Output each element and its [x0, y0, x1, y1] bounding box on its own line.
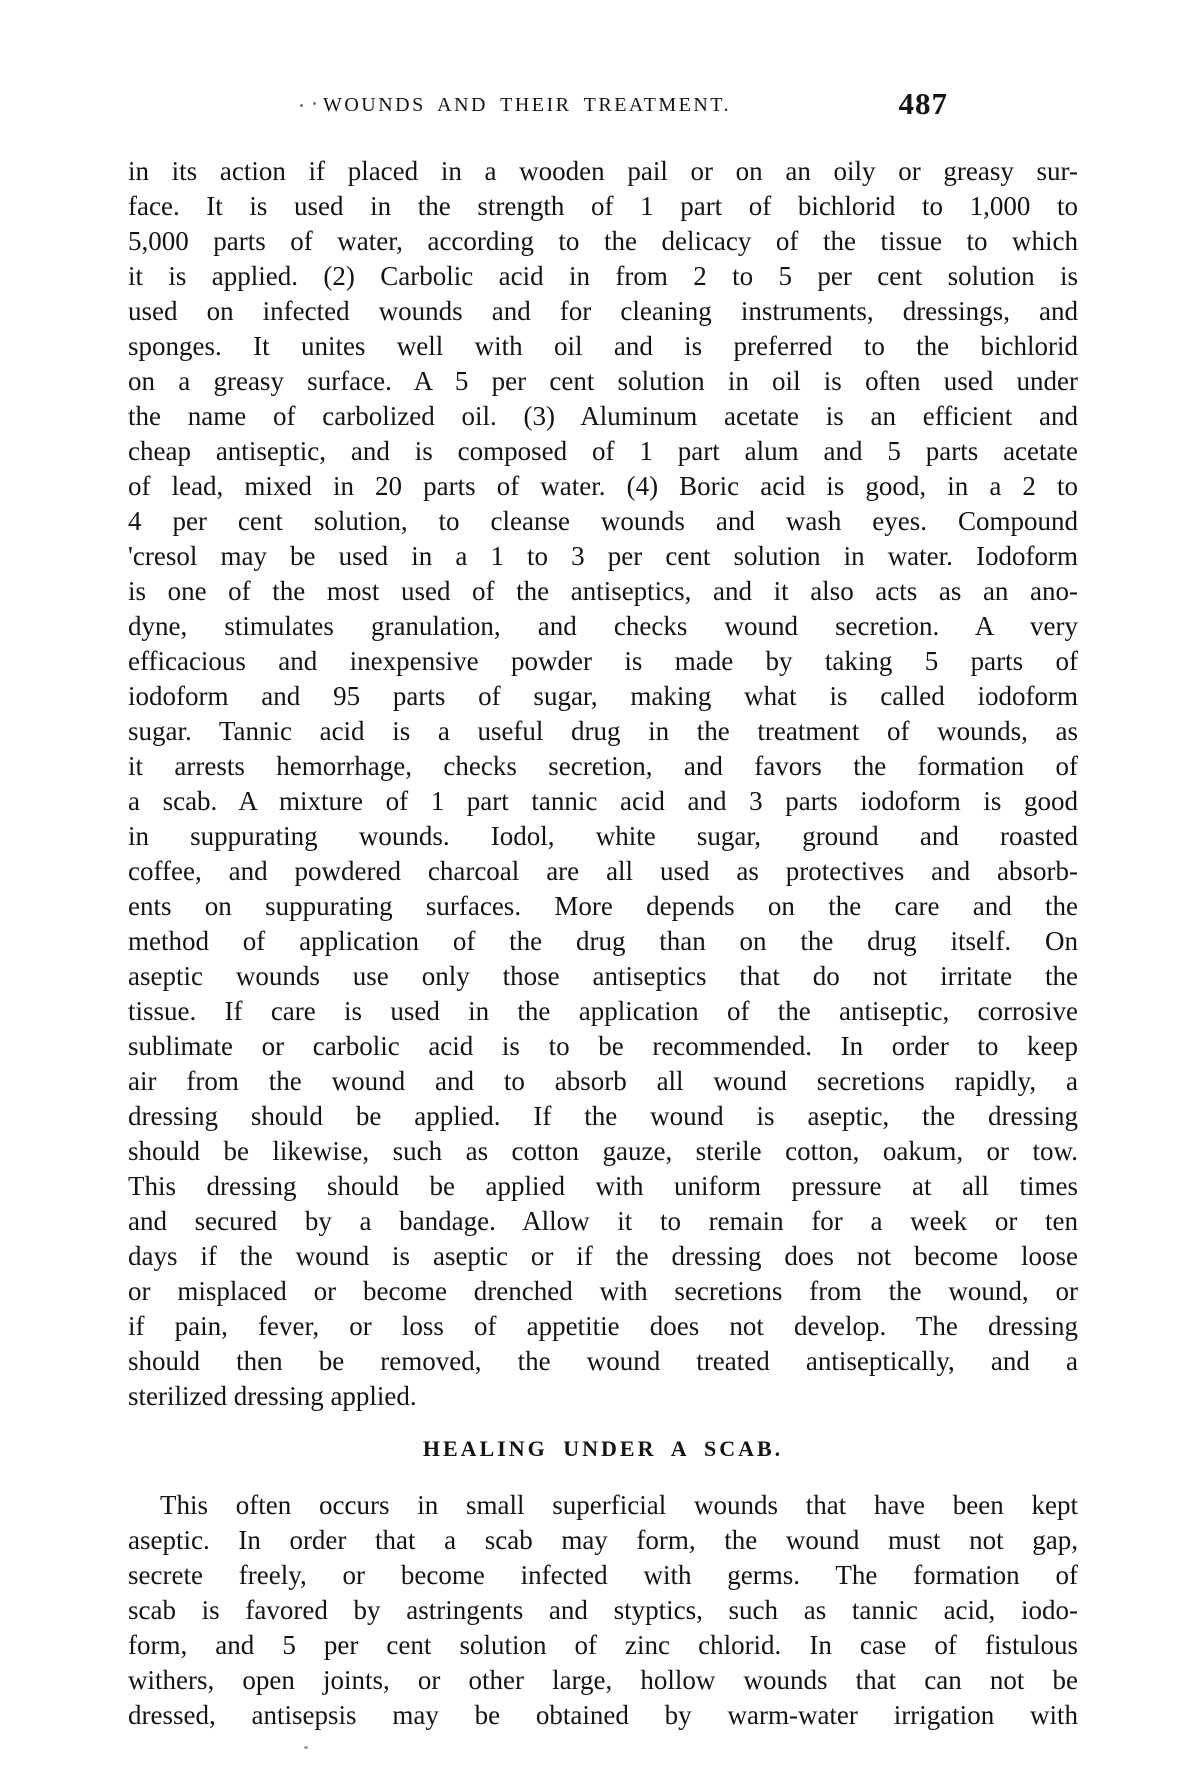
text-line: sponges. It unites well with oil and is …	[128, 329, 1078, 364]
scan-speck	[304, 1746, 308, 1749]
text-line: a scab. A mixture of 1 part tannic acid …	[128, 784, 1078, 819]
text-block: WOUNDS AND THEIR TREATMENT. 487 in its a…	[128, 92, 1078, 1733]
text-line: efficacious and inexpensive powder is ma…	[128, 644, 1078, 679]
text-line: air from the wound and to absorb all wou…	[128, 1064, 1078, 1099]
text-line: 4 per cent solution, to cleanse wounds a…	[128, 504, 1078, 539]
book-page: WOUNDS AND THEIR TREATMENT. 487 in its a…	[0, 0, 1200, 1783]
text-line: should be likewise, such as cotton gauze…	[128, 1134, 1078, 1169]
text-line: the name of carbolized oil. (3) Aluminum…	[128, 399, 1078, 434]
text-line: 5,000 parts of water, according to the d…	[128, 224, 1078, 259]
text-line: of lead, mixed in 20 parts of water. (4)…	[128, 469, 1078, 504]
running-title: WOUNDS AND THEIR TREATMENT.	[323, 94, 731, 117]
section-heading: HEALING UNDER A SCAB.	[128, 1434, 1078, 1464]
text-line: aseptic wounds use only those antiseptic…	[128, 959, 1078, 994]
text-line: or misplaced or become drenched with sec…	[128, 1274, 1078, 1309]
text-line: coffee, and powdered charcoal are all us…	[128, 854, 1078, 889]
text-line: dressed, antisepsis may be obtained by w…	[128, 1698, 1078, 1733]
text-line: dyne, stimulates granulation, and checks…	[128, 609, 1078, 644]
text-line: secrete freely, or become infected with …	[128, 1558, 1078, 1593]
text-line: in its action if placed in a wooden pail…	[128, 154, 1078, 189]
text-line: aseptic. In order that a scab may form, …	[128, 1523, 1078, 1558]
text-line: This dressing should be applied with uni…	[128, 1169, 1078, 1204]
paragraph-antiseptics-continued: in its action if placed in a wooden pail…	[128, 154, 1078, 1414]
text-line: days if the wound is aseptic or if the d…	[128, 1239, 1078, 1274]
text-line: This often occurs in small superficial w…	[128, 1488, 1078, 1523]
text-line: if pain, fever, or loss of appetitie doe…	[128, 1309, 1078, 1344]
text-line: form, and 5 per cent solution of zinc ch…	[128, 1628, 1078, 1663]
text-line: scab is favored by astringents and stypt…	[128, 1593, 1078, 1628]
text-line: sugar. Tannic acid is a useful drug in t…	[128, 714, 1078, 749]
text-line: sublimate or carbolic acid is to be reco…	[128, 1029, 1078, 1064]
page-number: 487	[899, 86, 949, 122]
text-line: face. It is used in the strength of 1 pa…	[128, 189, 1078, 224]
text-line: cheap antiseptic, and is composed of 1 p…	[128, 434, 1078, 469]
text-line: ents on suppurating surfaces. More depen…	[128, 889, 1078, 924]
text-line: it is applied. (2) Carbolic acid in from…	[128, 259, 1078, 294]
page-header: WOUNDS AND THEIR TREATMENT. 487	[128, 92, 1078, 126]
paragraph-healing-under-scab: This often occurs in small superficial w…	[128, 1488, 1078, 1733]
text-line: should then be removed, the wound treate…	[128, 1344, 1078, 1379]
text-line: and secured by a bandage. Allow it to re…	[128, 1204, 1078, 1239]
text-line: is one of the most used of the antisepti…	[128, 574, 1078, 609]
text-line: 'cresol may be used in a 1 to 3 per cent…	[128, 539, 1078, 574]
text-line: method of application of the drug than o…	[128, 924, 1078, 959]
text-line: tissue. If care is used in the applicati…	[128, 994, 1078, 1029]
text-line: it arrests hemorrhage, checks secretion,…	[128, 749, 1078, 784]
text-line: used on infected wounds and for cleaning…	[128, 294, 1078, 329]
text-line: in suppurating wounds. Iodol, white suga…	[128, 819, 1078, 854]
text-line: on a greasy surface. A 5 per cent soluti…	[128, 364, 1078, 399]
text-line: withers, open joints, or other large, ho…	[128, 1663, 1078, 1698]
text-line: iodoform and 95 parts of sugar, making w…	[128, 679, 1078, 714]
text-line: dressing should be applied. If the wound…	[128, 1099, 1078, 1134]
text-line: sterilized dressing applied.	[128, 1379, 1078, 1414]
